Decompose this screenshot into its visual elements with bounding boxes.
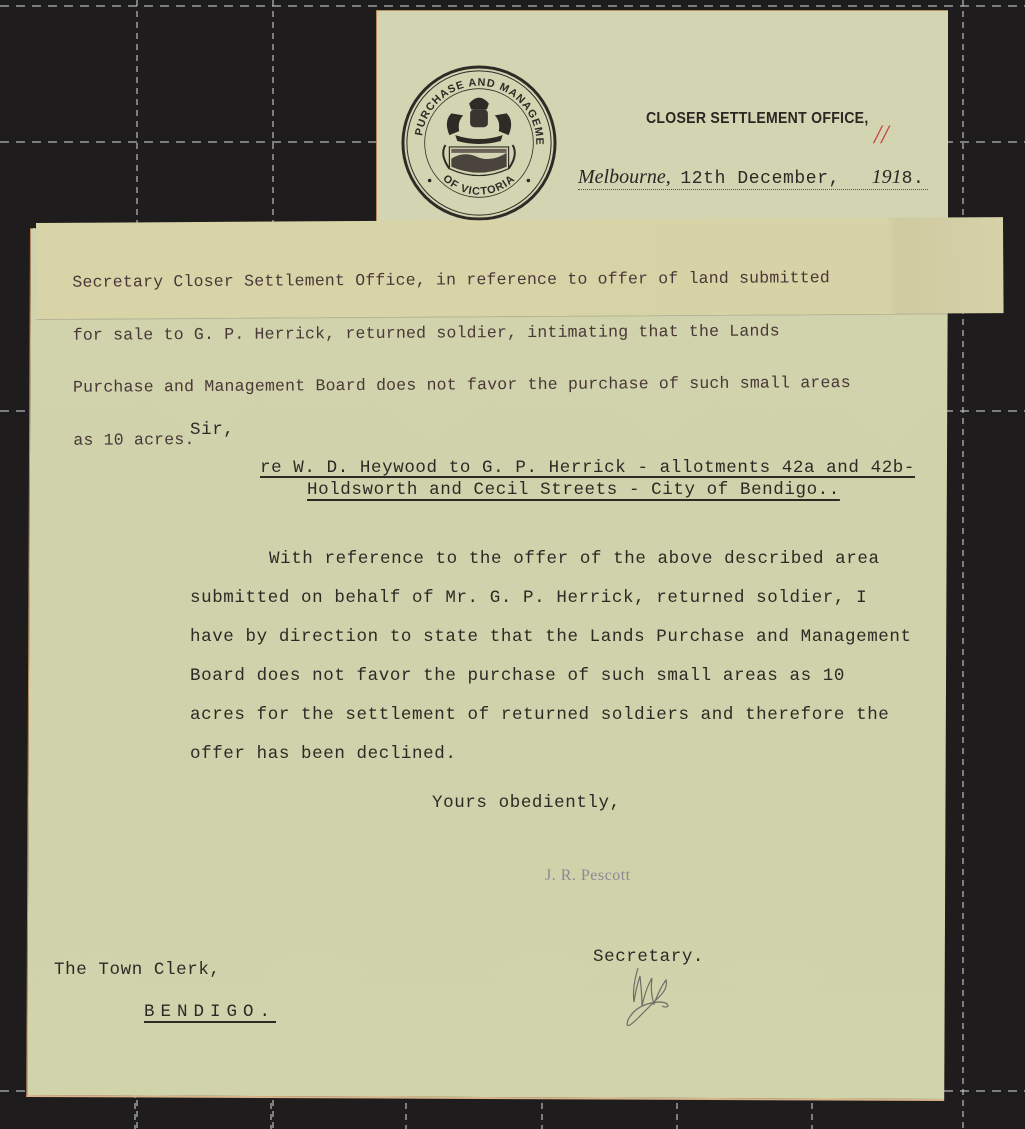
signature-icon xyxy=(618,962,688,1034)
summary-line: for sale to G. P. Herrick, returned sold… xyxy=(73,321,973,344)
coat-of-arms-seal-icon: THE LANDS PURCHASE AND MANAGEMENT BOARD … xyxy=(400,64,558,222)
closing: Yours obediently, xyxy=(432,793,621,813)
folio-mark: // xyxy=(874,120,888,150)
body-line: offer has been declined. xyxy=(190,735,912,774)
office-name: CLOSER SETTLEMENT OFFICE, xyxy=(646,110,869,128)
summary-text: Secretary Closer Settlement Office, in r… xyxy=(72,233,973,483)
date-year-prefix: 191 xyxy=(872,166,902,188)
body-line: submitted on behalf of Mr. G. P. Herrick… xyxy=(190,579,912,618)
grid-line xyxy=(962,0,964,1129)
subject-line: re W. D. Heywood to G. P. Herrick - allo… xyxy=(260,458,915,478)
summary-line: Secretary Closer Settlement Office, in r… xyxy=(72,268,972,291)
svg-text:OF VICTORIA: OF VICTORIA xyxy=(440,173,517,198)
grid-line xyxy=(134,1092,136,1129)
signatory-stamp: J. R. Pescott xyxy=(545,867,631,885)
salutation: Sir, xyxy=(190,420,234,440)
body-line: acres for the settlement of returned sol… xyxy=(190,696,912,735)
summary-line: Purchase and Management Board does not f… xyxy=(73,373,973,396)
body-line: With reference to the offer of the above… xyxy=(190,540,912,579)
body-line: Board does not favor the purchase of suc… xyxy=(190,657,912,696)
subject-line: Holdsworth and Cecil Streets - City of B… xyxy=(307,480,840,500)
addressee-title: The Town Clerk, xyxy=(54,960,221,980)
dateline: Melbourne, 12th December, 1918. xyxy=(578,166,928,190)
body-paragraph: With reference to the offer of the above… xyxy=(190,540,912,774)
grid-line xyxy=(0,5,1025,7)
date-day-month: 12th December, xyxy=(680,169,840,189)
summary-slip: Secretary Closer Settlement Office, in r… xyxy=(36,217,1004,319)
date-place: Melbourne, xyxy=(578,166,671,188)
date-year-suffix: 8. xyxy=(902,169,925,189)
body-line: have by direction to state that the Land… xyxy=(190,618,912,657)
addressee-city: BENDIGO. xyxy=(144,1002,276,1022)
